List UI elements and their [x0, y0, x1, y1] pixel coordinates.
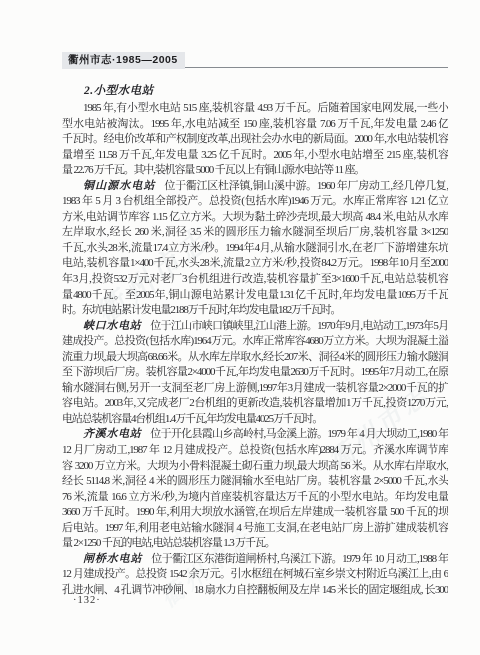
station-name-lead: 闸桥水电站: [83, 553, 142, 565]
running-head-title: 衢州市志·1985—2005: [62, 52, 185, 69]
scanned-book-page: 衢州市志 衢州市志 衢州市志 衢州市志·1985—2005 2.小型水电站 19…: [0, 0, 480, 655]
paragraph: 闸桥水电站位于衢江区东港街道闸桥村,乌溪江下游。1979 年 10 月动工,19…: [62, 552, 448, 599]
station-name-lead: 铜山源水电站: [83, 180, 155, 192]
paragraph: 齐溪水电站位于开化县霞山乡高岭村,马金溪上游。1979 年 4 月大坝动工,19…: [62, 427, 448, 551]
body-line: 1985 年,有小型水电站 515 座,装机容量 4.93 万千瓦。后随着国家电…: [62, 101, 448, 117]
body-line: 至下游坝后厂房。装机容量2×4000千瓦,年均发电量2630万千瓦时。1995年…: [62, 365, 448, 381]
body-line: 容电站。2003年,又完成老厂2台机组的更新改造,装机容量增加1万千瓦,投资12…: [62, 396, 448, 412]
body-line: 千瓦时。经电价改革和产权制度改革,出现社会办水电的新局面。2000 年,水电站装…: [62, 132, 448, 148]
body-line: 千瓦,水头28米,流量17.4立方米/秒。1994年4月,从输水隧洞引水,在老厂…: [62, 241, 448, 257]
body-line: 输水隧洞右侧,另开一支洞至老厂房上游侧,1997年3月建成一装机容量2×2000…: [62, 381, 448, 397]
body-line: 齐溪水电站位于开化县霞山乡高岭村,马金溪上游。1979 年 4 月大坝动工,19…: [62, 427, 448, 443]
body-line: 量 2×1250 千瓦的电站,电站总装机容量 1.3 万千瓦。: [62, 536, 448, 552]
paragraph: 铜山源水电站位于衢江区杜泽镇,铜山溪中游。1960 年厂房动工,经几停几复,19…: [62, 179, 448, 319]
body-line: 容 3200 万立方米。大坝为小骨料混凝土砌石重力坝,最大坝高 56 米。从水库…: [62, 459, 448, 475]
page-number: ·132·: [73, 595, 101, 606]
body-paragraphs: 1985 年,有小型水电站 515 座,装机容量 4.93 万千瓦。后随着国家电…: [62, 101, 448, 599]
body-line: 经长 5114.8 米,洞径 4 米的圆形压力隧洞输水至电站厂房。装机容量 2×…: [62, 474, 448, 490]
section-title: 2.小型水电站: [62, 84, 448, 98]
body-line: 方米,电站调节库容 1.15 亿立方米。大坝为黏土碎沙壳坝,最大坝高 48.4 …: [62, 210, 448, 226]
station-name-lead: 齐溪水电站: [83, 428, 141, 440]
body-line: 1983 年 5 月 3 台机组全部投产。总投资(包括水库)1946 万元。水库…: [62, 194, 448, 210]
body-line: 量 22.76 万千瓦。其中,装机容量 5000 千瓦以上有铜山源水电站等 11…: [62, 163, 448, 179]
body-line: 建成投产。总投资(包括水库)1964万元。水库正常库容4680万立方米。大坝为混…: [62, 334, 448, 350]
body-line: 时。东坑电站累计发电量2188万千瓦时,年均发电量182万千瓦时。: [62, 303, 448, 319]
running-head: 衢州市志·1985—2005: [62, 50, 448, 68]
body-line: 12 月建成投产。总投资 1542 余万元。引水枢纽在柯城石室乡崇文村附近乌溪江…: [62, 567, 448, 583]
body-line: 后电站。1997 年,利用老电站输水隧洞 4 号施工支洞,在老电站厂房上游扩建成…: [62, 521, 448, 537]
body-line: 量增至 11.58 万千瓦,年发电量 3.25 亿千瓦时。2005 年,小型水电…: [62, 148, 448, 164]
body-line: 12 月厂房动工,1987 年 12 月建成投产。总投资(包括水库)2884 万…: [62, 443, 448, 459]
paragraph: 峡口水电站位于江山市峡口镇峡里,江山港上游。1970年9月,电站动工,1973年…: [62, 319, 448, 428]
body-line: 左岸取水,经长 260 米,洞径 3.5 米的圆形压力输水隧洞至坝后厂房,装机容…: [62, 225, 448, 241]
body-line: 闸桥水电站位于衢江区东港街道闸桥村,乌溪江下游。1979 年 10 月动工,19…: [62, 552, 448, 568]
body-line: 型水电站被淘汰。1995 年,水电站减至 150 座,装机容量 7.06 万千瓦…: [62, 117, 448, 133]
body-line: 电站总装机容量4台机组1.4万千瓦,年均发电量4025万千瓦时。: [62, 412, 448, 428]
body-line: 年3月,投资532万元对老厂3台机组进行改造,装机容量扩至3×1600千瓦,电站…: [62, 272, 448, 288]
body-line: 流重力坝,最大坝高68.66米。从水库左岸取水,经长207米、洞径4米的圆形压力…: [62, 350, 448, 366]
paragraph: 1985 年,有小型水电站 515 座,装机容量 4.93 万千瓦。后随着国家电…: [62, 101, 448, 179]
page-content: 衢州市志·1985—2005 2.小型水电站 1985 年,有小型水电站 515…: [62, 50, 448, 599]
body-line: 76 米,流量 16.6 立方米/秒,为境内首座装机容量达万千瓦的小型水电站。年…: [62, 490, 448, 506]
body-line: 3660 万千瓦时。1990 年,利用大坝放水涵管,在坝后左岸建成一装机容量 5…: [62, 505, 448, 521]
body-line: 孔进水闸、4 孔调节冲砂闸、18 扇水力自控翻板闸及左岸 145 米长的固定堰组…: [62, 583, 448, 599]
body-line: 峡口水电站位于江山市峡口镇峡里,江山港上游。1970年9月,电站动工,1973年…: [62, 319, 448, 335]
station-name-lead: 峡口水电站: [83, 320, 141, 332]
body-line: 铜山源水电站位于衢江区杜泽镇,铜山溪中游。1960 年厂房动工,经几停几复,: [62, 179, 448, 195]
body-line: 量4800千瓦。至2005年,铜山源电站累计发电量1.31亿千瓦时,年均发电量1…: [62, 288, 448, 304]
body-line: 电站,装机容量1×400千瓦,水头28米,流量2立方米/秒,投资84.2万元。1…: [62, 256, 448, 272]
